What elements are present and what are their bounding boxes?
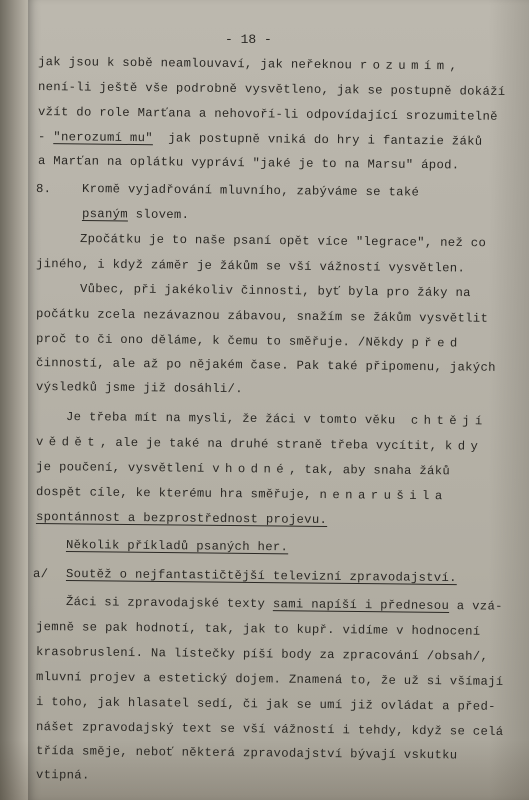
- text-line: psaným slovem.: [82, 207, 189, 222]
- section-number: 8.: [36, 182, 51, 196]
- item-marker: a/: [33, 567, 48, 581]
- text-line: vtipná.: [36, 768, 90, 783]
- page-number: - 18 -: [225, 32, 272, 47]
- text-line: výsledků jsme již dosáhli/.: [36, 380, 243, 396]
- examples-heading: Několik příkladů psaných her.: [66, 538, 288, 554]
